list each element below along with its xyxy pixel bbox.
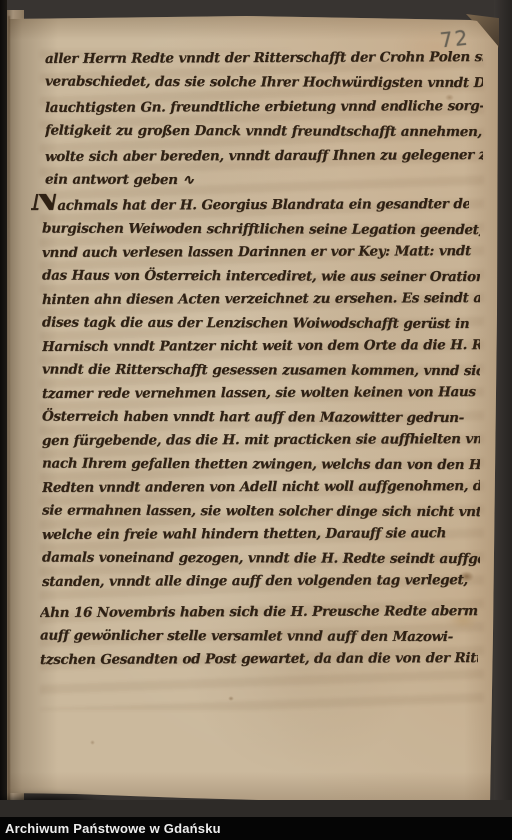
manuscript-line: verabschiedet, das sie solche Ihrer Hoch… [45, 70, 483, 96]
manuscript-line: tzamer rede vernehmen lassen, sie wolten… [42, 381, 480, 406]
manuscript-line: dises tagk die aus der Lenzischen Woiwod… [42, 311, 480, 336]
manuscript-line: sie ermahnen lassen, sie wolten solcher … [42, 499, 480, 524]
manuscript-line: lauchtigsten Gn. freundtliche erbietung … [45, 94, 483, 120]
manuscript-line: wolte sich aber bereden, vnndt darauff I… [45, 143, 483, 169]
manuscript-line: damals voneinand gezogen, vnndt die H. R… [42, 546, 480, 571]
manuscript-line: aller Herrn Redte vnndt der Ritterschaff… [45, 45, 483, 71]
manuscript-line: burgischen Weiwoden schrifftlichen seine… [42, 217, 480, 242]
gutter-crease [8, 16, 10, 802]
manuscript-line: vnndt die Ritterschafft gesessen zusamen… [42, 358, 480, 383]
manuscript-line: welche ein freie wahl hindern thetten, D… [42, 522, 480, 547]
manuscript-line: gen fürgebende, das die H. mit practicke… [42, 428, 480, 453]
binding-shadow [0, 0, 7, 812]
manuscript-line: hinten ahn diesen Acten verzeichnet zu e… [42, 287, 480, 312]
manuscript-paragraph: Ahn 16 Novembris haben sich die H. Preus… [40, 601, 480, 672]
manuscript-line: auff gewönlicher stelle versamlet vnnd a… [40, 624, 478, 649]
manuscript-line: Österreich haben vnndt hart auff den Maz… [42, 405, 480, 430]
manuscript-line: standen, vnndt alle dinge auff den volge… [42, 569, 480, 594]
manuscript-line: Harnisch vnndt Pantzer nicht weit von de… [42, 334, 480, 359]
manuscript-line: Ahn 16 Novembris haben sich die H. Preus… [40, 600, 478, 625]
manuscript-line: tzschen Gesandten od Post gewartet, da d… [40, 647, 478, 672]
manuscript-paragraph: aller Herrn Redte vnndt der Ritterschaff… [45, 46, 483, 192]
manuscript-line: vnnd auch verlesen lassen Darinnen er vo… [42, 240, 480, 265]
manuscript-line: feltigkeit zu großen Danck vnndt freundt… [45, 119, 483, 145]
watermark-band: Archiwum Państwowe w Gdańsku [0, 817, 512, 840]
manuscript-line: Nachmals hat der H. Georgius Blandrata e… [31, 192, 469, 218]
archive-watermark: Archiwum Państwowe w Gdańsku [5, 821, 221, 837]
manuscript-line: Redten vnndt anderen von Adell nicht wol… [42, 475, 480, 500]
manuscript-line: das Haus von Österreich intercediret, wi… [42, 264, 480, 289]
manuscript-line: ein antwort geben ∿ [45, 168, 483, 194]
manuscript-paragraph: Nachmals hat der H. Georgius Blandrata e… [42, 193, 482, 594]
manuscript-scan: 72 aller Herrn Redte vnndt der Rittersch… [0, 0, 512, 840]
manuscript-line: nach Ihrem gefallen thetten zwingen, wel… [42, 452, 480, 477]
